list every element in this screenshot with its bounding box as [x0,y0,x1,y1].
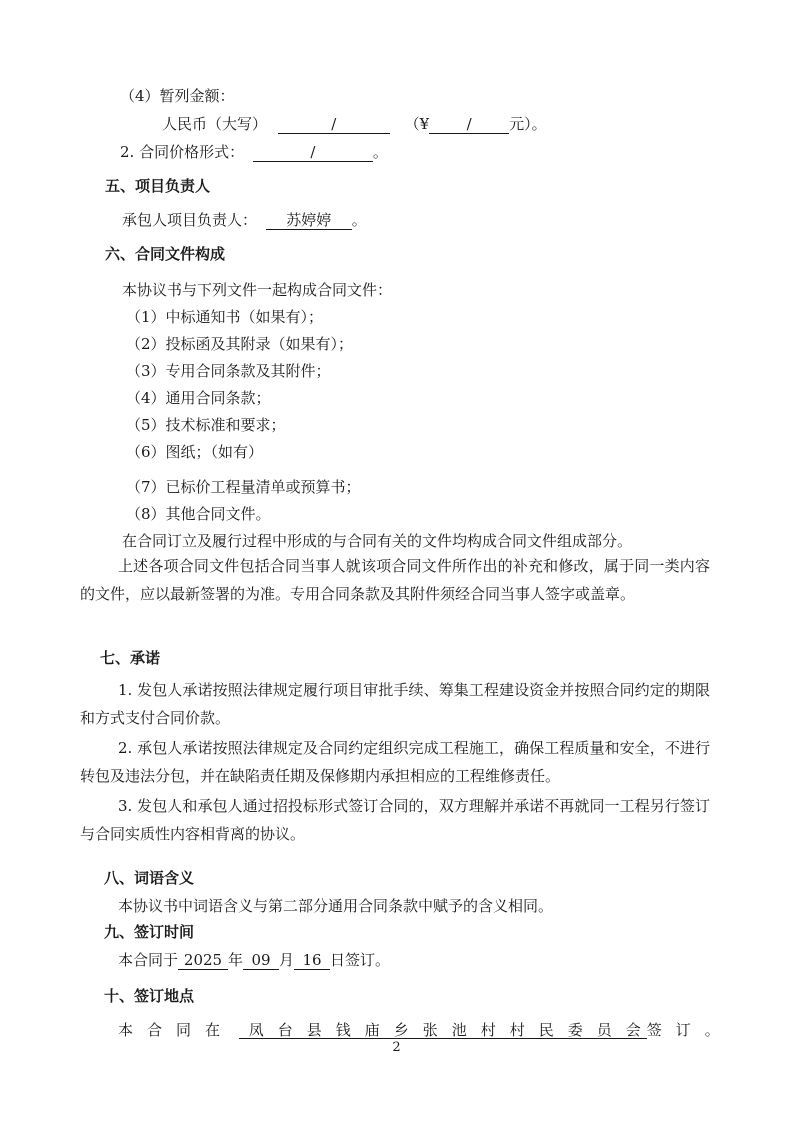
signing-date-prefix: 本合同于 [118,951,178,969]
signing-year: 2025 [178,951,228,970]
commitment-item: 1. 发包人承诺按照法律规定履行项目审批手续、筹集工程建设资金并按照合同约定的期… [80,676,710,732]
price-form-suffix: 。 [373,143,388,161]
section-10-title: 十、签订地点 [104,986,194,1006]
section-9-title: 九、签订时间 [104,922,194,942]
rmb-amount-field: / [278,115,390,134]
section-6-paragraph-2: 上述各项合同文件包括合同当事人就该项合同文件所作出的补充和修改，属于同一类内容的… [80,552,710,608]
provisional-sum-row: 人民币（大写） / （¥/元）。 [162,114,547,134]
project-manager-row: 承包人项目负责人： 苏婷婷。 [122,210,367,230]
section-5-title: 五、项目负责人 [105,176,210,196]
doc-list-item: （4）通用合同条款； [126,388,271,408]
yen-prefix: （¥ [405,115,430,133]
signing-date-row: 本合同于2025年09月16日签订。 [118,950,390,970]
doc-list-item: （1）中标通知书（如果有）； [126,307,323,327]
doc-list-item: （6）图纸；（如有） [126,442,263,462]
signing-day: 16 [294,951,330,970]
project-manager-label: 承包人项目负责人： [122,211,257,229]
price-form-label: 2. 合同价格形式： [120,143,244,161]
price-form-field: / [253,143,373,162]
doc-list-item: （2）投标函及其附录（如果有）； [126,334,353,354]
signing-place-prefix: 本合同在 [118,1021,234,1039]
doc-list-item: （7）已标价工程量清单或预算书； [126,477,361,497]
commitment-item: 3. 发包人和承包人通过招投标形式签订合同的，双方理解并承诺不再就同一工程另行签… [80,792,710,848]
section-6-paragraph-1: 在合同订立及履行过程中形成的与合同有关的文件均构成合同文件组成部分。 [122,531,632,551]
provisional-sum-label: （4）暂列金额： [120,86,235,106]
signing-place-suffix: 签订。 [647,1021,734,1039]
year-label: 年 [228,951,243,969]
section-6-intro: 本协议书与下列文件一起构成合同文件： [122,280,392,300]
commitment-item: 2. 承包人承诺按照法律规定及合同约定组织完成工程施工，确保工程质量和安全，不进… [80,734,710,790]
section-8-text: 本协议书中词语含义与第二部分通用合同条款中赋予的含义相同。 [118,896,553,916]
page-number: 2 [0,1040,793,1055]
yen-suffix: 元）。 [509,115,547,133]
doc-list-item: （3）专用合同条款及其附件； [126,361,331,381]
month-label: 月 [279,951,294,969]
section-7-title: 七、承诺 [100,648,160,668]
yen-amount-field: / [429,115,509,134]
doc-list-item: （5）技术标准和要求； [126,415,286,435]
section-6-title: 六、合同文件构成 [105,244,225,264]
signing-place-row: 本合同在 凤台县钱庙乡张池村村民委员会签订。 [118,1020,734,1040]
doc-list-item: （8）其他合同文件。 [126,504,271,524]
signing-place-field: 凤台县钱庙乡张池村村民委员会 [239,1021,647,1039]
section-8-title: 八、词语含义 [104,868,194,888]
day-label: 日签订。 [330,951,390,969]
project-manager-name: 苏婷婷 [266,211,352,230]
signing-month: 09 [243,951,279,970]
price-form-row: 2. 合同价格形式： /。 [120,142,388,162]
project-manager-suffix: 。 [352,211,367,229]
rmb-prefix: 人民币（大写） [162,115,267,133]
